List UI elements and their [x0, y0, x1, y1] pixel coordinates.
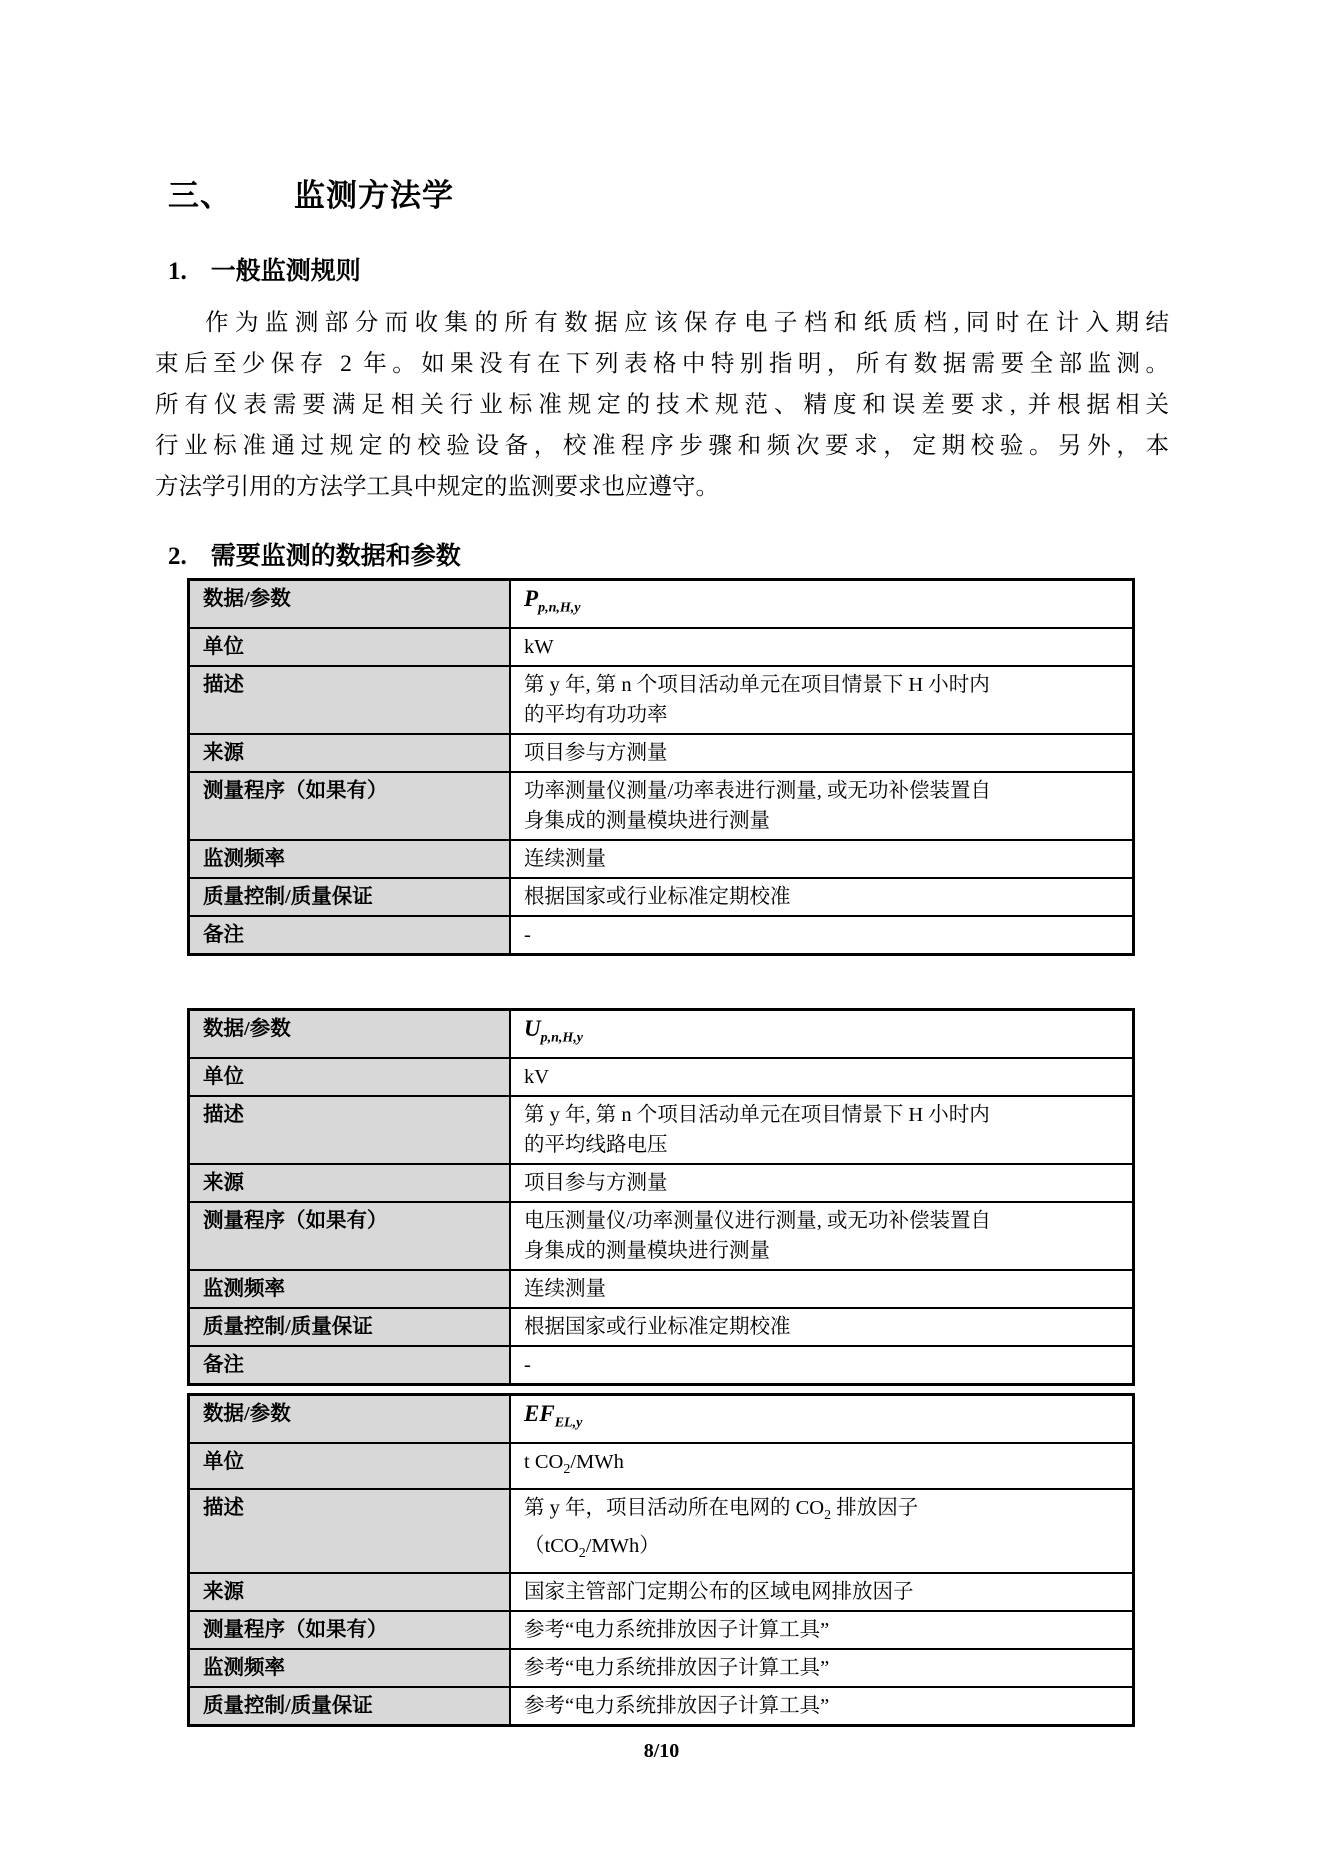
intro-paragraph: 作为监测部分而收集的所有数据应该保存电子档和纸质档,同时在计入期结束后至少保存 … [155, 303, 1169, 508]
row-label: 描述 [190, 1490, 511, 1572]
row-value: 第 y 年, 第 n 个项目活动单元在项目情景下 H 小时内 的平均线路电压 [511, 1097, 1132, 1163]
row-label: 来源 [190, 735, 511, 771]
row-value: EFEL,y [511, 1396, 1132, 1442]
row-value: 参考“电力系统排放因子计算工具” [511, 1688, 1132, 1724]
row-label: 数据/参数 [190, 581, 511, 627]
row-label: 质量控制/质量保证 [190, 1309, 511, 1345]
row-value: 连续测量 [511, 841, 1132, 877]
row-value: 根据国家或行业标准定期校准 [511, 879, 1132, 915]
table-row: 来源项目参与方测量 [190, 733, 1132, 771]
row-label: 质量控制/质量保证 [190, 879, 511, 915]
table-row: 描述第 y 年，项目活动所在电网的 CO2 排放因子 （tCO2/MWh） [190, 1488, 1132, 1572]
row-label: 测量程序（如果有） [190, 1612, 511, 1648]
row-value: 参考“电力系统排放因子计算工具” [511, 1650, 1132, 1686]
table-row: 监测频率参考“电力系统排放因子计算工具” [190, 1648, 1132, 1686]
parameter-symbol: EFEL,y [524, 1401, 582, 1426]
table-row: 质量控制/质量保证根据国家或行业标准定期校准 [190, 877, 1132, 915]
section-title: 监测方法学 [294, 178, 454, 213]
parameter-table-EF: 数据/参数EFEL,y单位t CO2/MWh描述第 y 年，项目活动所在电网的 … [187, 1393, 1135, 1727]
table-row: 数据/参数Up,n,H,y [190, 1011, 1132, 1057]
row-label: 监测频率 [190, 1650, 511, 1686]
parameter-symbol: Up,n,H,y [524, 1016, 583, 1041]
row-value: 第 y 年, 第 n 个项目活动单元在项目情景下 H 小时内 的平均有功功率 [511, 667, 1132, 733]
row-value: 第 y 年，项目活动所在电网的 CO2 排放因子 （tCO2/MWh） [511, 1490, 1132, 1572]
row-value: 电压测量仪/功率测量仪进行测量, 或无功补偿装置自 身集成的测量模块进行测量 [511, 1203, 1132, 1269]
document-page: 三、监测方法学 1.一般监测规则 作为监测部分而收集的所有数据应该保存电子档和纸… [0, 0, 1323, 1871]
parameter-table-P: 数据/参数Pp,n,H,y单位kW描述第 y 年, 第 n 个项目活动单元在项目… [187, 578, 1135, 956]
row-label: 单位 [190, 629, 511, 665]
row-label: 备注 [190, 917, 511, 953]
row-value: Up,n,H,y [511, 1011, 1132, 1057]
row-value: - [511, 917, 1132, 953]
table-row: 来源国家主管部门定期公布的区域电网排放因子 [190, 1572, 1132, 1610]
row-value: 连续测量 [511, 1271, 1132, 1307]
table-row: 质量控制/质量保证根据国家或行业标准定期校准 [190, 1307, 1132, 1345]
table-row: 来源项目参与方测量 [190, 1163, 1132, 1201]
subsection-1-title: 一般监测规则 [211, 258, 361, 285]
row-value: 项目参与方测量 [511, 1165, 1132, 1201]
section-number: 三、 [168, 178, 232, 213]
row-value: 参考“电力系统排放因子计算工具” [511, 1612, 1132, 1648]
subsection-2-title: 需要监测的数据和参数 [211, 543, 461, 570]
row-value: 国家主管部门定期公布的区域电网排放因子 [511, 1574, 1132, 1610]
table-row: 质量控制/质量保证参考“电力系统排放因子计算工具” [190, 1686, 1132, 1724]
row-value: t CO2/MWh [511, 1444, 1132, 1488]
section-heading: 三、监测方法学 [168, 170, 454, 215]
paragraph-line: 方法学引用的方法学工具中规定的监测要求也应遵守。 [155, 467, 1169, 508]
table-row: 测量程序（如果有）参考“电力系统排放因子计算工具” [190, 1610, 1132, 1648]
parameter-symbol: Pp,n,H,y [524, 586, 580, 611]
row-value: - [511, 1347, 1132, 1383]
row-value: kV [511, 1059, 1132, 1095]
row-value: 根据国家或行业标准定期校准 [511, 1309, 1132, 1345]
table-row: 测量程序（如果有）电压测量仪/功率测量仪进行测量, 或无功补偿装置自 身集成的测… [190, 1201, 1132, 1269]
subsection-1-number: 1. [168, 258, 187, 285]
row-label: 单位 [190, 1444, 511, 1488]
table-row: 监测频率连续测量 [190, 839, 1132, 877]
table-row: 单位kV [190, 1057, 1132, 1095]
subsection-heading-1: 1.一般监测规则 [168, 251, 361, 287]
paragraph-line: 束后至少保存 2 年。如果没有在下列表格中特别指明，所有数据需要全部监测。 [155, 344, 1169, 385]
page-number: 8/10 [0, 1740, 1323, 1763]
table-row: 备注- [190, 915, 1132, 953]
table-row: 数据/参数Pp,n,H,y [190, 581, 1132, 627]
table-row: 监测频率连续测量 [190, 1269, 1132, 1307]
row-value: Pp,n,H,y [511, 581, 1132, 627]
row-label: 质量控制/质量保证 [190, 1688, 511, 1724]
table-row: 数据/参数EFEL,y [190, 1396, 1132, 1442]
row-value: 项目参与方测量 [511, 735, 1132, 771]
row-label: 数据/参数 [190, 1396, 511, 1442]
subsection-heading-2: 2.需要监测的数据和参数 [168, 536, 461, 572]
row-label: 备注 [190, 1347, 511, 1383]
row-value: kW [511, 629, 1132, 665]
row-label: 描述 [190, 667, 511, 733]
paragraph-line: 所有仪表需要满足相关行业标准规定的技术规范、精度和误差要求, 并根据相关 [155, 385, 1169, 426]
row-label: 描述 [190, 1097, 511, 1163]
row-label: 来源 [190, 1165, 511, 1201]
table-row: 单位kW [190, 627, 1132, 665]
row-label: 单位 [190, 1059, 511, 1095]
row-label: 数据/参数 [190, 1011, 511, 1057]
table-row: 单位t CO2/MWh [190, 1442, 1132, 1488]
row-value: 功率测量仪测量/功率表进行测量, 或无功补偿装置自 身集成的测量模块进行测量 [511, 773, 1132, 839]
row-label: 来源 [190, 1574, 511, 1610]
row-label: 测量程序（如果有） [190, 773, 511, 839]
paragraph-line: 作为监测部分而收集的所有数据应该保存电子档和纸质档,同时在计入期结 [155, 303, 1169, 344]
paragraph-line: 行业标准通过规定的校验设备，校准程序步骤和频次要求，定期校验。另外，本 [155, 426, 1169, 467]
subsection-2-number: 2. [168, 543, 187, 570]
table-row: 描述第 y 年, 第 n 个项目活动单元在项目情景下 H 小时内 的平均线路电压 [190, 1095, 1132, 1163]
parameter-table-U: 数据/参数Up,n,H,y单位kV描述第 y 年, 第 n 个项目活动单元在项目… [187, 1008, 1135, 1386]
row-label: 监测频率 [190, 1271, 511, 1307]
row-label: 监测频率 [190, 841, 511, 877]
table-row: 测量程序（如果有）功率测量仪测量/功率表进行测量, 或无功补偿装置自 身集成的测… [190, 771, 1132, 839]
row-label: 测量程序（如果有） [190, 1203, 511, 1269]
table-row: 备注- [190, 1345, 1132, 1383]
table-row: 描述第 y 年, 第 n 个项目活动单元在项目情景下 H 小时内 的平均有功功率 [190, 665, 1132, 733]
